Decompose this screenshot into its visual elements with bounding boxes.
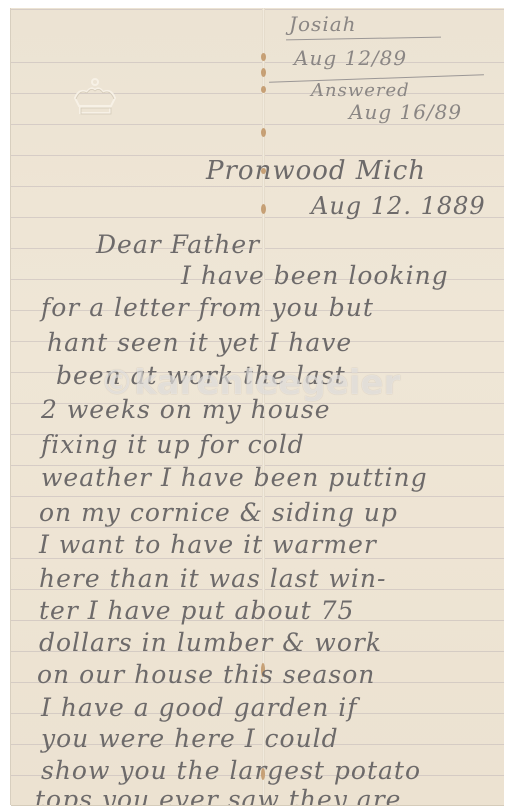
docket-answered-date: Aug 16/89: [349, 100, 462, 124]
body-line: on my cornice & siding up: [39, 498, 398, 527]
docket-name: Josiah: [289, 12, 357, 36]
body-line: ter I have put about 75: [39, 596, 354, 625]
salutation: Dear Father: [96, 230, 260, 259]
rust-spot: [261, 68, 266, 77]
body-line: dollars in lumber & work: [39, 628, 382, 657]
body-line: for a letter from you but: [41, 293, 374, 322]
body-line: I have a good garden if: [41, 693, 358, 722]
letter-page: Josiah Aug 12/89 Answered Aug 16/89 Pron…: [11, 8, 504, 805]
docket-rule: [286, 37, 441, 41]
body-line: weather I have been putting: [41, 463, 428, 492]
body-line: hant seen it yet I have: [47, 328, 352, 357]
body-line: I have been looking: [181, 261, 449, 290]
body-line: here than it was last win-: [39, 564, 386, 593]
body-line: you were here I could: [41, 724, 339, 753]
body-line: on our house this season: [37, 660, 375, 689]
body-line: fixing it up for cold: [41, 430, 305, 459]
body-line: tops you ever saw they are: [35, 785, 401, 805]
rust-spot: [261, 53, 266, 61]
rust-spot: [261, 86, 266, 93]
body-line: I want to have it warmer: [39, 530, 377, 559]
docket-status: Answered: [311, 80, 410, 101]
copyright-watermark: ©karenleegeier: [100, 363, 400, 403]
body-line: show you the largest potato: [41, 756, 421, 785]
rust-spot: [261, 204, 266, 214]
letter-date: Aug 12. 1889: [311, 192, 486, 220]
letter-place: Pronwood Mich: [206, 156, 426, 186]
embossed-crown-icon: [69, 76, 121, 120]
rust-spot: [261, 128, 266, 137]
docket-received-date: Aug 12/89: [294, 46, 407, 70]
